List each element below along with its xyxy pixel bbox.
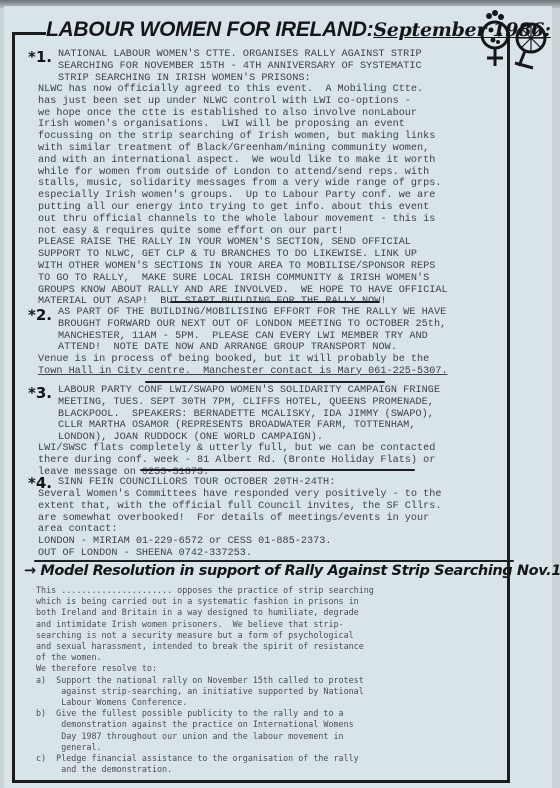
item-1-marker: *1. <box>28 48 52 66</box>
item-3-heading: LABOUR PARTY CONF LWI/SWAPO WOMEN'S SOLI… <box>58 385 440 444</box>
item-2-heading-line: MANCHESTER, 11AM - 5PM. PLEASE CAN EVERY… <box>58 331 446 343</box>
resolution-line: and intimidate Irish women prisoners. We… <box>36 619 374 630</box>
resolution-line: both Ireland and Britain in a way design… <box>36 607 374 618</box>
item-2-heading-line: ATTEND! NOTE DATE NOW AND ARRANGE GROUP … <box>58 342 446 354</box>
resolution-line: general. <box>36 742 374 753</box>
item-3-heading-line: BLACKPOOL. SPEAKERS: BERNADETTE MCALISKY… <box>58 409 440 421</box>
hand-drawn-underline <box>170 301 380 303</box>
body-line: and with an international aspect. We wou… <box>38 155 448 167</box>
body-line: LWI/SWSC flats completely & utterly full… <box>38 443 435 455</box>
item-1-heading: NATIONAL LABOUR WOMEN'S CTTE. ORGANISES … <box>58 49 422 84</box>
body-line: with similar treatment of Black/Greenham… <box>38 143 448 155</box>
hand-drawn-underline <box>145 381 385 383</box>
resolution-line: Day 1987 throughout our union and the la… <box>36 731 374 742</box>
body-line: area contact: <box>38 524 442 536</box>
body-line: has just been set up under NLWC control … <box>38 96 448 108</box>
title-text: LABOUR WOMEN FOR IRELAND: <box>46 18 373 41</box>
item-2-heading-line: BROUGHT FORWARD OUR NEXT OUT OF LONDON M… <box>58 319 446 331</box>
item-3-heading-line: CLLR MARTHA OSAMOR (REPRESENTS BROADWATE… <box>58 420 440 432</box>
item-4-heading: SINN FEIN COUNCILLORS TOUR OCTOBER 20TH-… <box>58 477 335 489</box>
body-line: extent that, with the official full Coun… <box>38 501 442 513</box>
body-line: putting all our energy into trying to ge… <box>38 202 448 214</box>
body-line: stalls, music, solidarity messages from … <box>38 178 448 190</box>
resolution-line: searching is not a security measure but … <box>36 630 374 641</box>
body-line: Venue is in process of being booked, but… <box>38 354 448 366</box>
resolution-line: demonstration against the practice on In… <box>36 719 374 730</box>
item-2-heading-line: AS PART OF THE BUILDING/MOBILISING EFFOR… <box>58 307 446 319</box>
body-line: Several Women's Committees have responde… <box>38 489 442 501</box>
female-symbols-spinning-wheel-icon <box>475 8 555 70</box>
page-border-top <box>12 32 46 35</box>
section-divider <box>34 560 514 562</box>
item-4-heading-line: SINN FEIN COUNCILLORS TOUR OCTOBER 20TH-… <box>58 477 335 489</box>
item-1-heading-line: SEARCHING FOR NOVEMBER 15TH - 4TH ANNIVE… <box>58 61 422 73</box>
body-line: WITH OTHER WOMEN'S SECTIONS IN YOUR AREA… <box>38 261 448 273</box>
resolution-line: b) Give the fullest possible publicity t… <box>36 708 374 719</box>
body-line: NLWC has now officially agreed to this e… <box>38 84 448 96</box>
item-2-heading: AS PART OF THE BUILDING/MOBILISING EFFOR… <box>58 307 446 354</box>
resolution-line: which is being carried out in a systemat… <box>36 596 374 607</box>
body-line: while for women from outside of London t… <box>38 167 448 179</box>
body-line: TO GO TO RALLY, MAKE SURE LOCAL IRISH CO… <box>38 273 448 285</box>
item-3-body: LWI/SWSC flats completely & utterly full… <box>38 443 435 478</box>
body-line: out thru official channels to the whole … <box>38 214 448 226</box>
body-line: SUPPORT TO NLWC, GET CLP & TU BRANCHES T… <box>38 249 448 261</box>
body-line: LONDON - MIRIAM 01-229-6572 or CESS 01-8… <box>38 536 442 548</box>
body-line: not easy & requires quite some effort on… <box>38 226 448 238</box>
resolution-line: and sexual harassment, intended to break… <box>36 641 374 652</box>
body-line: PLEASE RAISE THE RALLY IN YOUR WOMEN'S S… <box>38 237 448 249</box>
item-3-heading-line: MEETING, TUES. SEPT 30TH 7PM, CLIFFS HOT… <box>58 397 440 409</box>
item-2-marker: *2. <box>28 306 52 324</box>
item-1-heading-line: STRIP SEARCHING IN IRISH WOMEN'S PRISONS… <box>58 73 422 85</box>
hand-drawn-underline <box>140 469 415 471</box>
body-line: Town Hall in City centre. Manchester con… <box>38 366 448 378</box>
body-line: there during conf. week - 81 Albert Rd. … <box>38 455 435 467</box>
body-line: especially Irish women's groups. Up to L… <box>38 190 448 202</box>
resolution-line: Labour Womens Conference. <box>36 697 374 708</box>
item-3-heading-line: LABOUR PARTY CONF LWI/SWAPO WOMEN'S SOLI… <box>58 385 440 397</box>
item-4-body: Several Women's Committees have responde… <box>38 489 442 560</box>
resolution-line: a) Support the national rally on Novembe… <box>36 675 374 686</box>
body-line: are somewhat overbooked! For details of … <box>38 513 442 525</box>
resolution-line: against strip-searching, an initiative s… <box>36 686 374 697</box>
model-resolution-text: This ...................... opposes the … <box>36 585 374 775</box>
item-1-heading-line: NATIONAL LABOUR WOMEN'S CTTE. ORGANISES … <box>58 49 422 61</box>
resolution-line: We therefore resolve to: <box>36 663 374 674</box>
resolution-line: of the women. <box>36 652 374 663</box>
item-3-marker: *3. <box>28 384 52 402</box>
model-resolution-title: → Model Resolution in support of Rally A… <box>24 563 560 579</box>
body-line: we hope once the ctte is established to … <box>38 108 448 120</box>
body-line: OUT OF LONDON - SHEENA 0742-337253. <box>38 548 442 560</box>
item-1-body: NLWC has now officially agreed to this e… <box>38 84 448 308</box>
body-line: focussing on the strip searching of Iris… <box>38 131 448 143</box>
item-2-body: Venue is in process of being booked, but… <box>38 354 448 378</box>
body-line: Irish women's organisations. LWI will be… <box>38 119 448 131</box>
resolution-line: c) Pledge financial assistance to the or… <box>36 753 374 764</box>
resolution-line: and the demonstration. <box>36 764 374 775</box>
body-line: GROUPS KNOW ABOUT RALLY AND ARE INVOLVED… <box>38 285 448 297</box>
resolution-line: This ...................... opposes the … <box>36 585 374 596</box>
